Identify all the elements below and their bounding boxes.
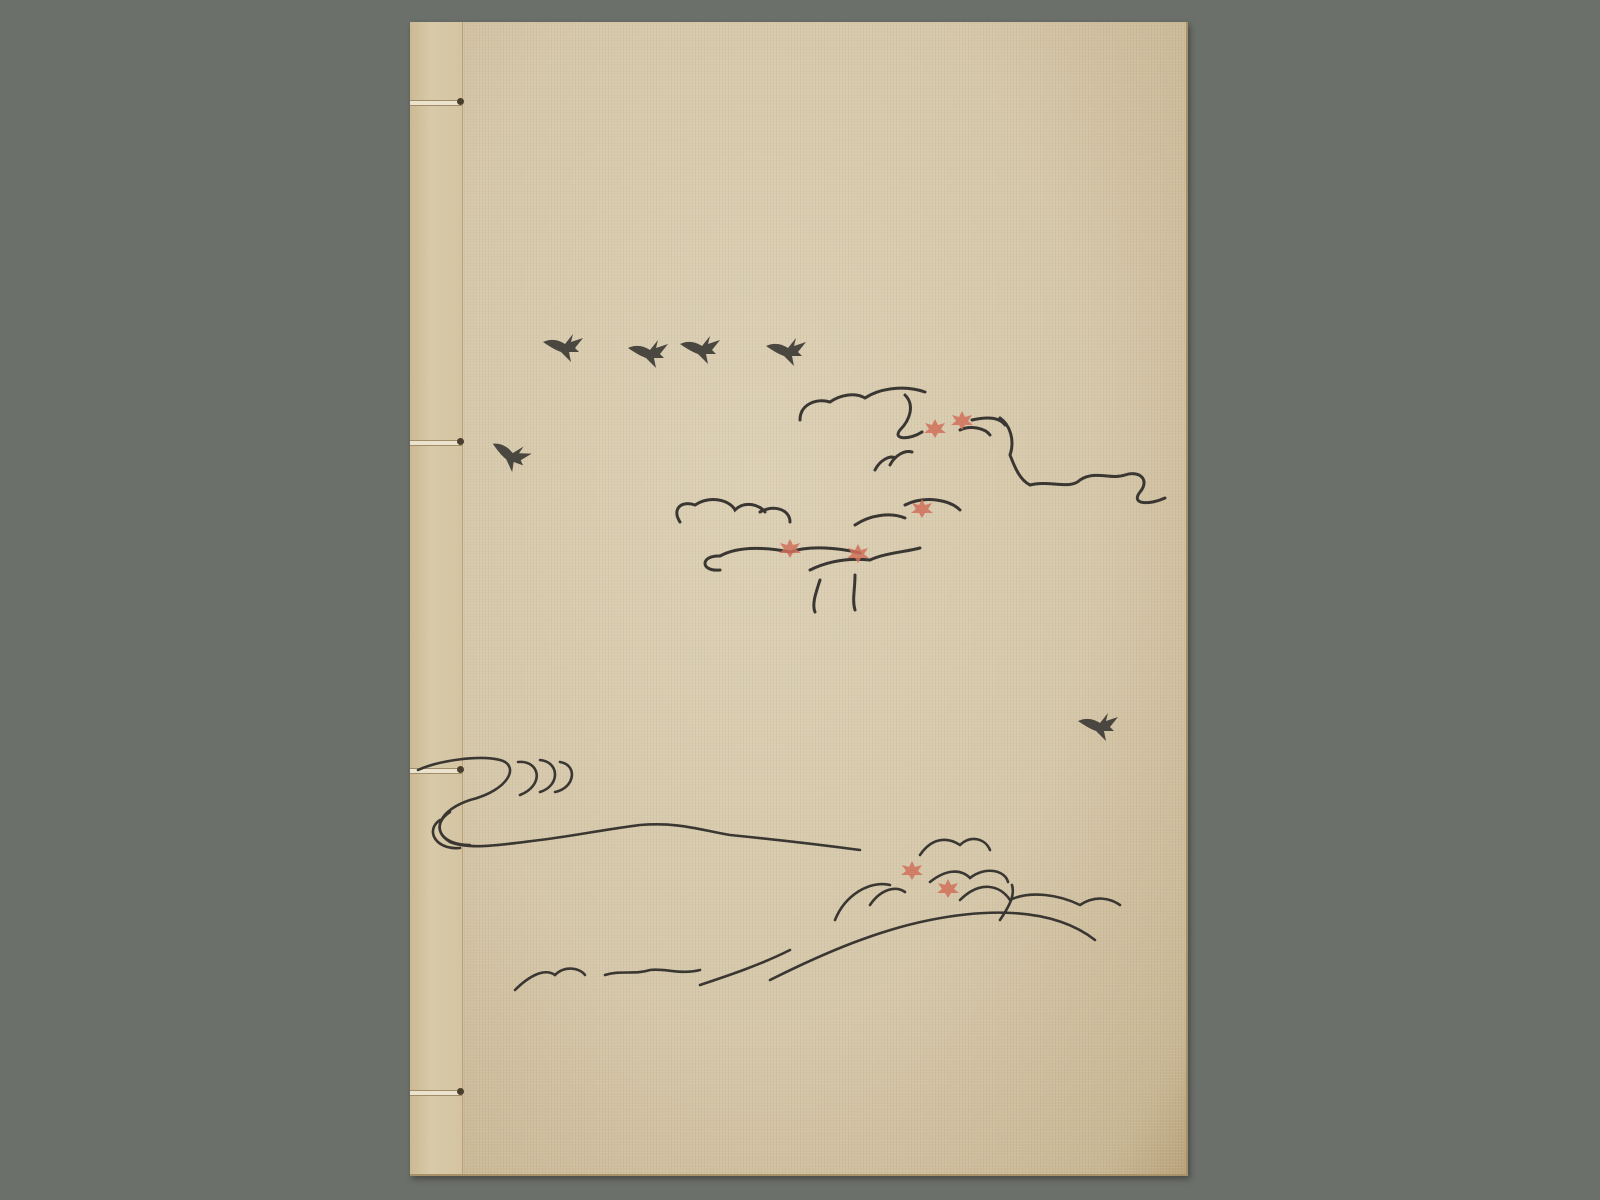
- upper-hills: [677, 388, 1165, 612]
- maple-leaves-upper: [779, 411, 973, 563]
- photo-scene: [0, 0, 1600, 1200]
- stream-swirl: [418, 758, 860, 850]
- flock-of-birds: [486, 334, 806, 476]
- lower-hill: [515, 839, 1120, 990]
- lone-bird: [1078, 713, 1118, 741]
- ink-drawing: [0, 0, 1600, 1200]
- maple-leaves-lower: [901, 861, 959, 898]
